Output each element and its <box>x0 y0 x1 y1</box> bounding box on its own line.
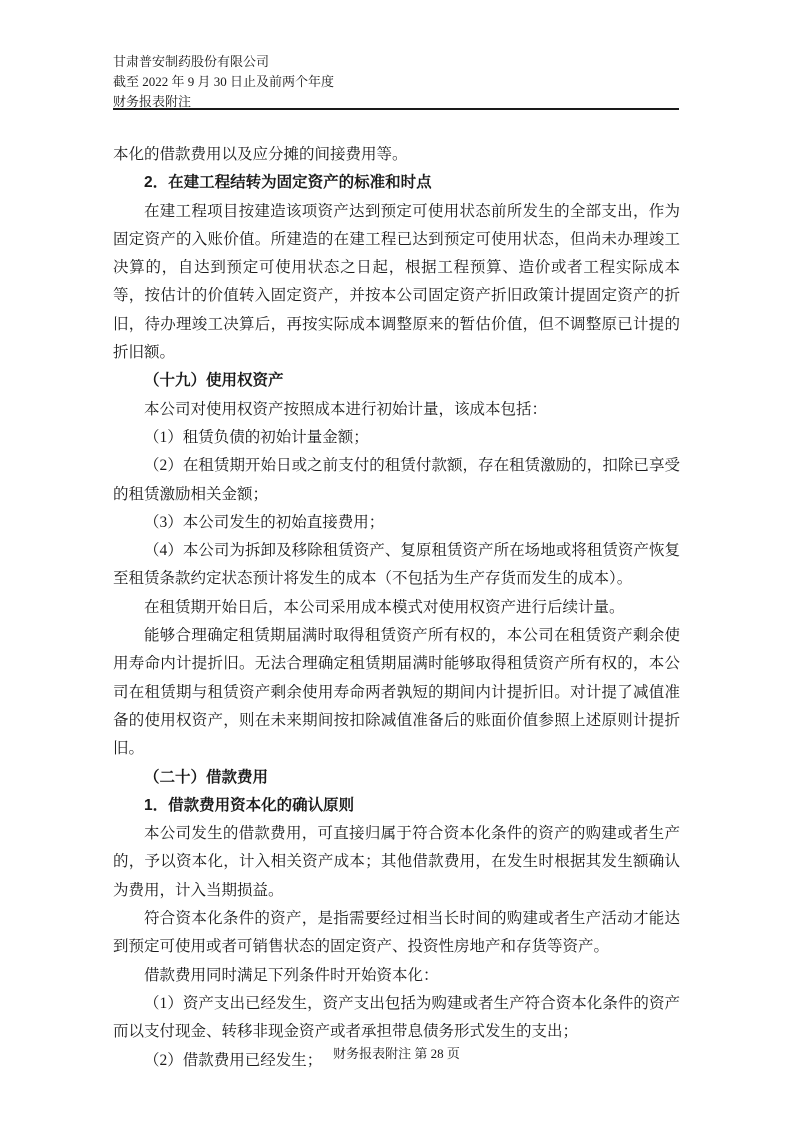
heading-capitalization-principle: 1．借款费用资本化的确认原则 <box>113 792 680 820</box>
heading-cip-to-fixed-assets: 2．在建工程结转为固定资产的标准和时点 <box>113 169 680 197</box>
paragraph-continuation: 本化的借款费用以及应分摊的间接费用等。 <box>113 141 680 169</box>
header-reporting-period: 截至 2022 年 9 月 30 日止及前两个年度 <box>113 72 680 92</box>
list-item-4-restoration-costs: （4）本公司为拆卸及移除租赁资产、复原租赁资产所在场地或将租赁资产恢复至租赁条款… <box>113 537 680 594</box>
list-item-1-lease-liability: （1）租赁负债的初始计量金额； <box>113 424 680 452</box>
paragraph-subsequent-measurement: 在租赁期开始日后，本公司采用成本模式对使用权资产进行后续计量。 <box>113 594 680 622</box>
list-item-1-asset-expenditure: （1）资产支出已经发生，资产支出包括为购建或者生产符合资本化条件的资产而以支付现… <box>113 990 680 1047</box>
paragraph-borrowing-costs-policy: 本公司发生的借款费用，可直接归属于符合资本化条件的资产的购建或者生产的，予以资本… <box>113 820 680 905</box>
page-footer-page-number: 财务报表附注 第 28 页 <box>0 1045 793 1063</box>
heading-19-right-of-use-assets: （十九）使用权资产 <box>113 367 680 395</box>
paragraph-capitalization-conditions: 借款费用同时满足下列条件时开始资本化： <box>113 962 680 990</box>
header-divider-line <box>113 108 679 110</box>
document-page: 甘肃普安制药股份有限公司 截至 2022 年 9 月 30 日止及前两个年度 财… <box>0 0 793 1122</box>
header-company-name: 甘肃普安制药股份有限公司 <box>113 52 680 72</box>
list-item-3-initial-direct-costs: （3）本公司发生的初始直接费用； <box>113 509 680 537</box>
heading-20-borrowing-costs: （二十）借款费用 <box>113 764 680 792</box>
document-body: 本化的借款费用以及应分摊的间接费用等。 2．在建工程结转为固定资产的标准和时点 … <box>113 141 680 1075</box>
paragraph-rou-initial-measurement: 本公司对使用权资产按照成本进行初始计量，该成本包括： <box>113 396 680 424</box>
list-item-2-lease-payments: （2）在租赁期开始日或之前支付的租赁付款额，存在租赁激励的，扣除已享受的租赁激励… <box>113 452 680 509</box>
paragraph-cip-policy: 在建工程项目按建造该项资产达到预定可使用状态前所发生的全部支出，作为固定资产的入… <box>113 198 680 368</box>
paragraph-qualifying-assets: 符合资本化条件的资产，是指需要经过相当长时间的购建或者生产活动才能达到预定可使用… <box>113 905 680 962</box>
page-header: 甘肃普安制药股份有限公司 截至 2022 年 9 月 30 日止及前两个年度 财… <box>113 52 680 112</box>
paragraph-rou-depreciation: 能够合理确定租赁期届满时取得租赁资产所有权的，本公司在租赁资产剩余使用寿命内计提… <box>113 622 680 763</box>
